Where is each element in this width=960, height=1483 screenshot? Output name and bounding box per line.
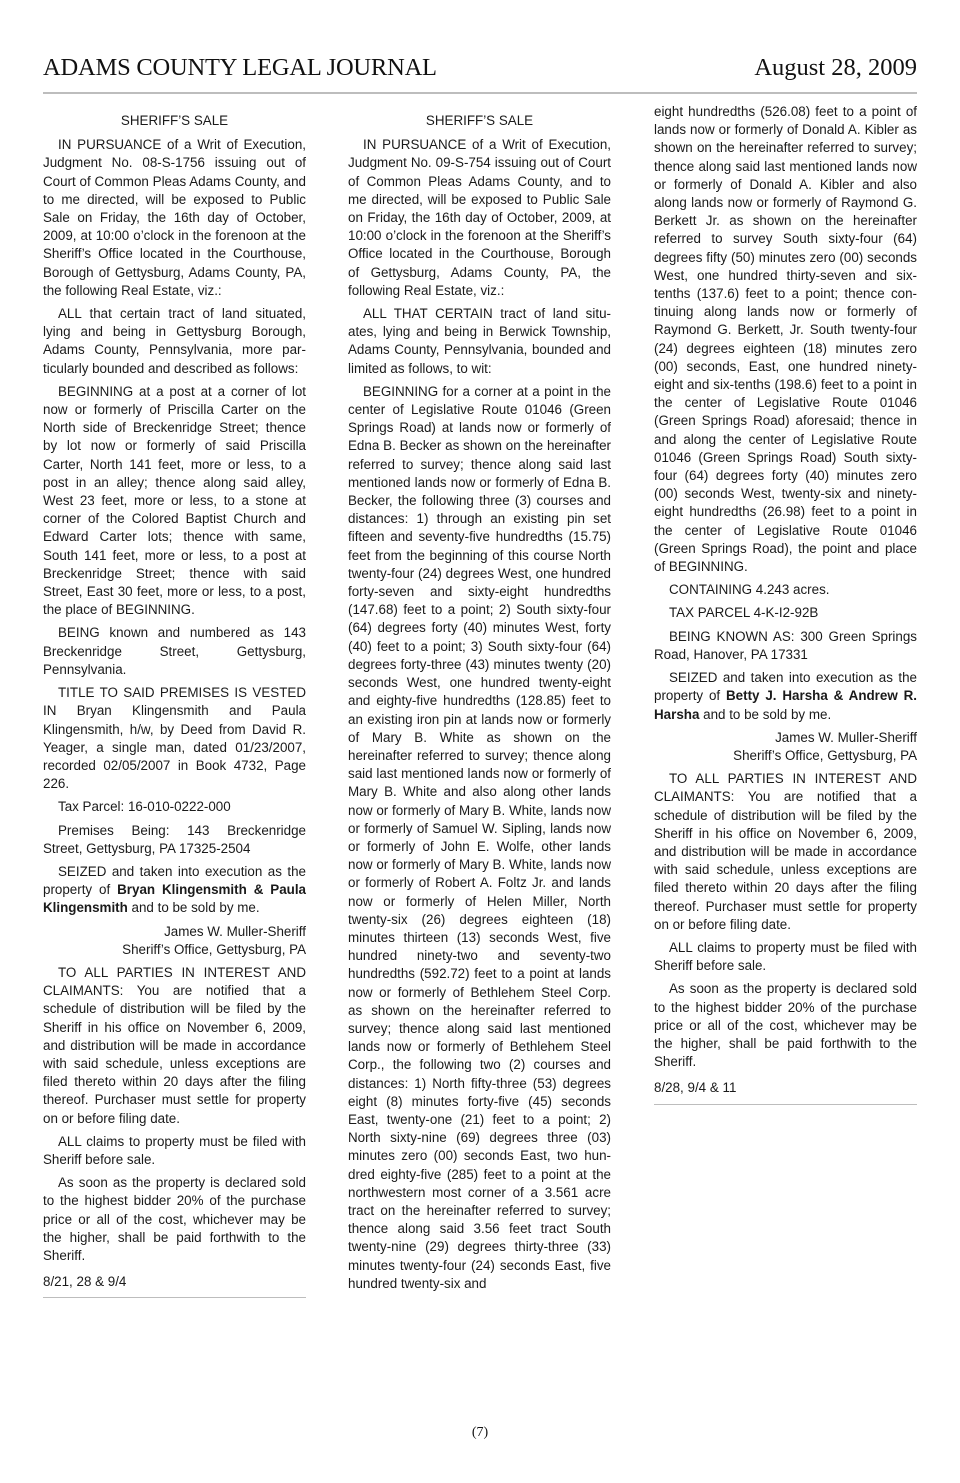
notice-heading: SHERIFF’S SALE — [348, 112, 611, 130]
publication-title: ADAMS COUNTY LEGAL JOURNAL — [43, 54, 437, 82]
seized-paragraph: SEIZED and taken into execution as the p… — [43, 863, 306, 918]
signature-block: James W. Muller-Sheriff Sheriff’s Office… — [654, 729, 917, 765]
property-address-paragraph: BEING known and numbered as 143 Breckenr… — [43, 624, 306, 679]
publication-dates: 8/28, 9/4 & 11 — [654, 1079, 917, 1097]
pursuance-paragraph: IN PURSUANCE of a Writ of Execu­tion, Ju… — [348, 136, 611, 300]
tract-paragraph: ALL THAT CERTAIN tract of land situ­ates… — [348, 305, 611, 378]
claims-notice: ALL claims to property must be filed wit… — [43, 1133, 306, 1169]
legal-description-continued: eight hundredths (526.08) feet to a poin… — [654, 103, 917, 576]
sheriff-name: James W. Muller-Sheriff — [654, 729, 917, 747]
sheriff-sale-notice-1: SHERIFF’S SALE IN PURSUANCE of a Writ of… — [43, 112, 306, 1298]
claims-notice: ALL claims to property must be filed wit… — [654, 939, 917, 975]
page-number: (7) — [0, 1425, 960, 1441]
notice-divider — [654, 1104, 917, 1105]
column-2: SHERIFF’S SALE IN PURSUANCE of a Writ of… — [348, 112, 611, 1298]
property-address-paragraph: BEING KNOWN AS: 300 Green Springs Road, … — [654, 628, 917, 664]
premises-being: Premises Being: 143 Breckenridge Street,… — [43, 822, 306, 858]
sheriff-office: Sheriff’s Office, Gettysburg, PA — [43, 941, 306, 959]
column-3: eight hundredths (526.08) feet to a poin… — [654, 103, 917, 1105]
sheriff-office: Sheriff’s Office, Gettysburg, PA — [654, 747, 917, 765]
column-1: SHERIFF’S SALE IN PURSUANCE of a Writ of… — [43, 112, 306, 1298]
sheriff-sale-notice-2-continued: eight hundredths (526.08) feet to a poin… — [654, 103, 917, 1105]
title-vesting-paragraph: TITLE TO SAID PREMISES IS VEST­ED IN Bry… — [43, 684, 306, 793]
seized-suffix: and to be sold by me. — [699, 707, 831, 722]
signature-block: James W. Muller-Sheriff Sheriff’s Office… — [43, 923, 306, 959]
legal-description-paragraph: BEGINNING for a corner at a point in the… — [348, 383, 611, 1293]
legal-description-paragraph: BEGINNING at a post at a corner of lot n… — [43, 383, 306, 620]
publication-dates: 8/21, 28 & 9/4 — [43, 1273, 306, 1291]
seized-paragraph: SEIZED and taken into execution as the p… — [654, 669, 917, 724]
sheriff-sale-notice-2: SHERIFF’S SALE IN PURSUANCE of a Writ of… — [348, 112, 611, 1293]
issue-date: August 28, 2009 — [754, 54, 917, 82]
sheriff-name: James W. Muller-Sheriff — [43, 923, 306, 941]
distribution-notice: TO ALL PARTIES IN INTEREST AND CLAIMANTS… — [654, 770, 917, 934]
acreage: CONTAINING 4.243 acres. — [654, 581, 917, 599]
notice-divider — [43, 1297, 306, 1298]
distribution-notice: TO ALL PARTIES IN INTEREST AND CLAIMANTS… — [43, 964, 306, 1128]
tax-parcel: Tax Parcel: 16-010-0222-000 — [43, 798, 306, 816]
payment-notice: As soon as the property is declared sold… — [43, 1174, 306, 1265]
pursuance-paragraph: IN PURSUANCE of a Writ of Execu­tion, Ju… — [43, 136, 306, 300]
payment-notice: As soon as the property is declared sold… — [654, 980, 917, 1071]
notice-heading: SHERIFF’S SALE — [43, 112, 306, 130]
tax-parcel: TAX PARCEL 4-K-I2-92B — [654, 604, 917, 622]
tract-paragraph: ALL that certain tract of land situated,… — [43, 305, 306, 378]
seized-suffix: and to be sold by me. — [128, 900, 260, 915]
masthead: ADAMS COUNTY LEGAL JOURNAL August 28, 20… — [43, 50, 917, 94]
